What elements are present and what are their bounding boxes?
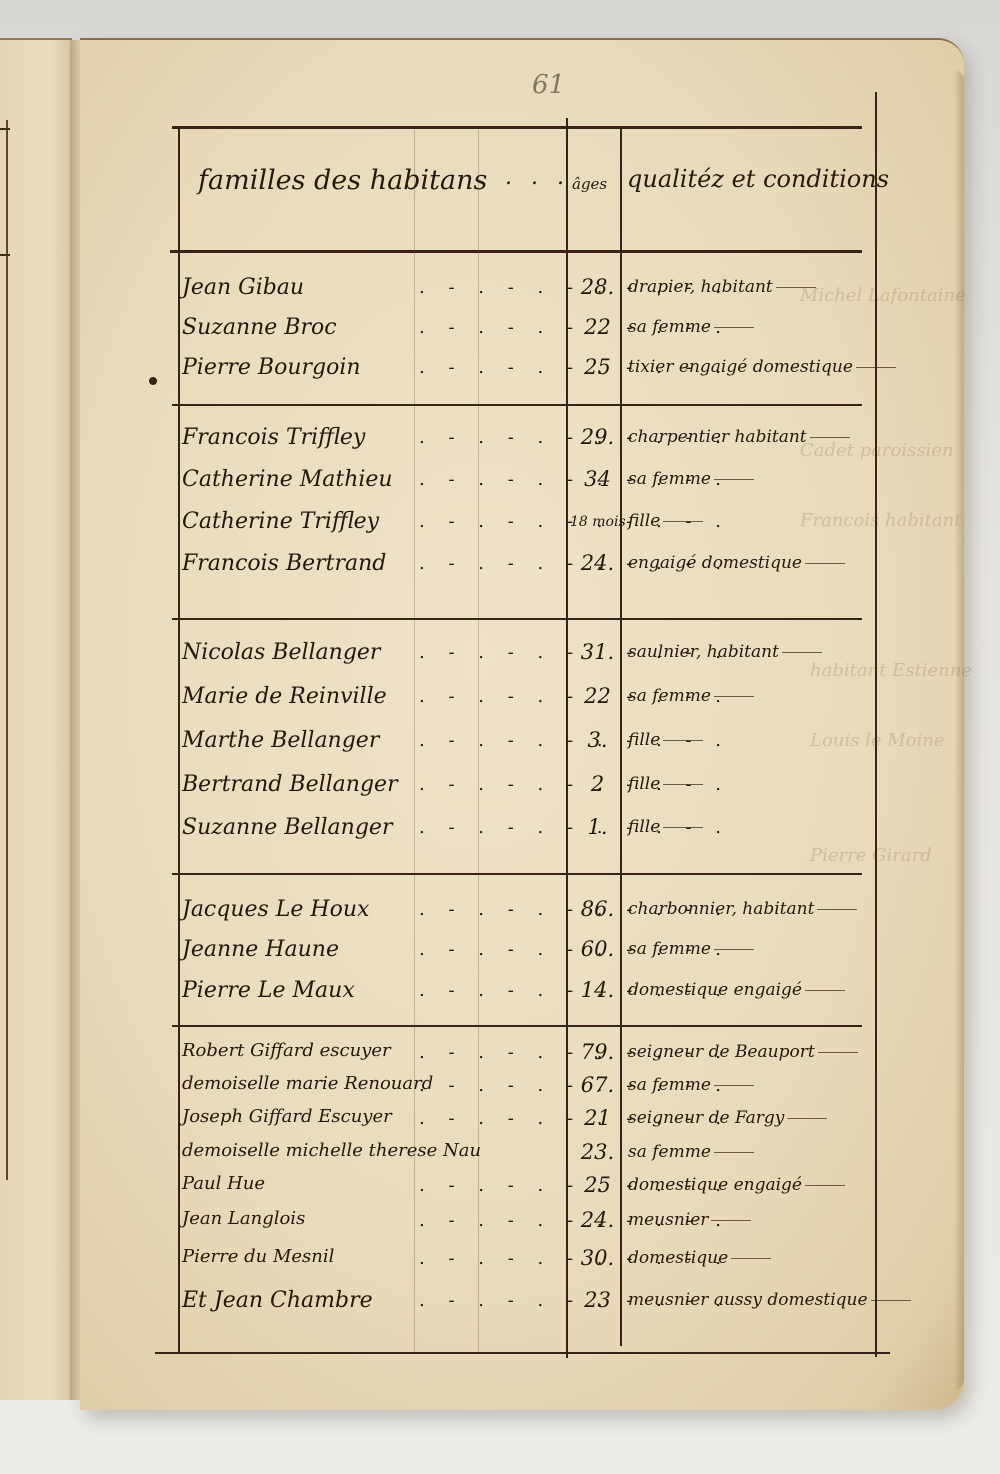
person-age: 29. [570,425,625,449]
table-row: Jeanne Haune . - . - . - . - . - . - . 6… [170,937,860,977]
table-row: Marie de Reinville . - . - . - . - . - .… [170,684,860,724]
person-name: Et Jean Chambre [182,1288,373,1313]
person-age: 31. [570,640,625,664]
person-name: Paul Hue [182,1173,265,1194]
person-quality: sa femme [628,317,754,337]
person-quality: domestique engaigé [628,980,845,1000]
person-name: Pierre Bourgoin [182,355,361,380]
family-divider [172,1025,862,1027]
table-row: Bertrand Bellanger . - . - . - . - . - .… [170,772,860,812]
person-quality: fille [628,730,703,750]
person-name: Jacques Le Houx [182,897,369,922]
table-row: Marthe Bellanger . - . - . - . - . - . -… [170,728,860,768]
person-quality: tixier engaigé domestique [628,357,896,377]
person-name: Jean Gibau [182,275,304,300]
table-row: Suzanne Broc . - . - . - . - . - . - . 2… [170,315,860,355]
person-quality: fille [628,511,703,531]
person-name: Bertrand Bellanger [182,772,398,797]
right-column-rule [875,92,877,1357]
person-name: demoiselle marie Renouard [182,1073,433,1094]
person-age: 24. [570,1208,625,1232]
person-name: Francois Triffley [182,425,365,450]
person-name: Catherine Triffley [182,509,379,534]
person-age: 28. [570,275,625,299]
table-row: Nicolas Bellanger . - . - . - . - . - . … [170,640,860,680]
header-leader: . . . [505,165,570,190]
person-name: Joseph Giffard Escuyer [182,1106,392,1127]
person-name: Nicolas Bellanger [182,640,380,665]
person-quality: meusnier aussy domestique [628,1290,911,1310]
facing-page-rule [6,120,8,1180]
person-name: demoiselle michelle therese Nau [182,1140,481,1161]
table-bottom-rule [155,1352,890,1354]
person-name: Suzanne Broc [182,315,337,340]
person-age: 79. [570,1040,625,1064]
table-row: Jacques Le Houx . - . - . - . - . - . - … [170,897,860,937]
family-divider [172,873,862,875]
header-bottom-rule [170,250,862,253]
person-quality: drapier, habitant [628,277,816,297]
ink-blot [149,377,157,385]
person-quality: fille [628,774,703,794]
person-quality: charpentier habitant [628,427,850,447]
person-quality: seigneur de Fargy [628,1108,827,1128]
person-age: 14. [570,978,625,1002]
table-row: Paul Hue . - . - . - . - . - . - . 25 do… [170,1173,860,1213]
person-age: 3. [570,728,625,752]
table-top-rule [172,126,862,129]
person-quality: sa femme [628,686,754,706]
person-age: 22 [570,684,625,708]
person-quality: domestique [628,1248,771,1268]
person-quality: meusnier [628,1210,751,1230]
person-quality: domestique engaigé [628,1175,845,1195]
folio-number: 61 [532,70,565,100]
person-age: 25 [570,1173,625,1197]
person-quality: charbonnier, habitant [628,899,857,919]
table-row: Francois Triffley . - . - . - . - . - . … [170,425,860,465]
person-age: 34 [570,467,625,491]
table-row: Pierre du Mesnil . - . - . - . - . - . -… [170,1246,860,1286]
person-quality: engaigé domestique [628,553,845,573]
person-name: Francois Bertrand [182,551,386,576]
person-age: 24. [570,551,625,575]
header-ages: âges [572,175,607,193]
table-row: Et Jean Chambre . - . - . - . - . - . - … [170,1288,860,1328]
person-quality: sa femme [628,469,754,489]
person-age: 23. [570,1140,625,1164]
table-row: Jean Gibau . - . - . - . - . - . - . 28.… [170,275,860,315]
person-quality: sa femme [628,939,754,959]
person-quality: saulnier, habitant [628,642,822,662]
table-row: Suzanne Bellanger . - . - . - . - . - . … [170,815,860,855]
person-name: Pierre Le Maux [182,978,355,1003]
facing-page-rule [0,128,10,130]
person-age: 30. [570,1246,625,1270]
person-age: 25 [570,355,625,379]
person-age: 21 [570,1106,625,1130]
person-age: 1. [570,815,625,839]
person-name: Suzanne Bellanger [182,815,392,840]
table-row: Francois Bertrand . - . - . - . - . - . … [170,551,860,591]
header-quality: qualitéz et conditions [627,165,889,193]
person-age: 60. [570,937,625,961]
person-name: Catherine Mathieu [182,467,393,492]
person-age: 22 [570,315,625,339]
person-quality: seigneur de Beauport [628,1042,858,1062]
person-name: Jean Langlois [182,1208,305,1229]
family-divider [172,618,862,620]
person-name: Marthe Bellanger [182,728,379,753]
person-name: Marie de Reinville [182,684,387,709]
person-name: Jeanne Haune [182,937,339,962]
person-name: Pierre du Mesnil [182,1246,334,1267]
facing-page-edge [0,38,72,1400]
person-age: 86. [570,897,625,921]
person-age: 23 [570,1288,625,1312]
person-quality: sa femme [628,1075,754,1095]
person-quality: fille [628,817,703,837]
person-quality: sa femme [628,1142,754,1162]
table-row: Pierre Bourgoin . - . - . - . - . - . - … [170,355,860,395]
family-divider [172,404,862,406]
person-name: Robert Giffard escuyer [182,1040,391,1061]
table-row: Catherine Triffley . - . - . - . - . - .… [170,509,860,549]
facing-page-rule [0,254,10,256]
table-row: Jean Langlois . - . - . - . - . - . - . … [170,1208,860,1248]
table-row: Pierre Le Maux . - . - . - . - . - . - .… [170,978,860,1018]
header-names: familles des habitans [198,165,487,196]
person-age: 2 [570,772,625,796]
table-row: Catherine Mathieu . - . - . - . - . - . … [170,467,860,507]
person-age: 67. [570,1073,625,1097]
person-age: 18 mois [570,514,625,530]
